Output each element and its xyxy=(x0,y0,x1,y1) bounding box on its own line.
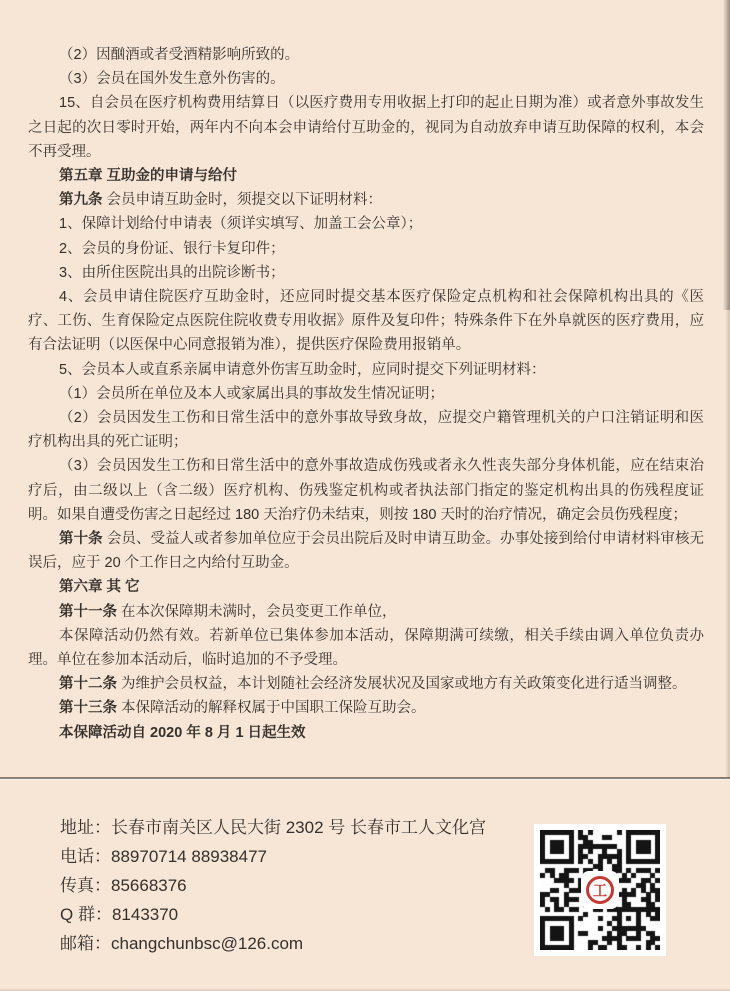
contact-label: 地址： xyxy=(60,813,111,842)
scanned-notice-page: { "page": { "background_color": "#f7e6d6… xyxy=(0,0,730,991)
contact-email: 邮箱：changchunbsc@126.com xyxy=(60,929,486,958)
contact-label: 传真： xyxy=(60,871,111,900)
document-body: （2）因酗酒或者受酒精影响所致的。（3）会员在国外发生意外伤害的。15、自会员在… xyxy=(28,43,704,745)
union-emblem-ring: 工 xyxy=(586,876,614,904)
contact-list: 地址：长春市南关区人民大街 2302 号 长春市工人文化宫 电话：8897071… xyxy=(60,813,486,958)
contact-phone: 电话：88970714 88938477 xyxy=(60,842,486,871)
paragraph: （1）会员所在单位及本人或家属出具的事故发生情况证明； xyxy=(28,382,704,406)
paragraph: 1、保障计划给付申请表（须详实填写、加盖工会公章）； xyxy=(28,212,704,236)
page-edge-shadow-mid xyxy=(725,310,730,778)
paragraph: （2）会员因发生工伤和日常生活中的意外事故导致身故，应提交户籍管理机关的户口注销… xyxy=(28,406,704,454)
section-divider xyxy=(0,777,730,779)
footer: 地址：长春市南关区人民大街 2302 号 长春市工人文化宫 电话：8897071… xyxy=(0,780,730,991)
paragraph: 第六章 其 它 xyxy=(28,575,704,599)
paragraph: 3、由所住医院出具的出院诊断书； xyxy=(28,261,704,285)
paragraph: 4、会员申请住院医疗互助金时，还应同时提交基本医疗保险定点机构和社会保障机构出具… xyxy=(28,285,704,358)
contact-label: 电话： xyxy=(60,842,111,871)
contact-value: 8143370 xyxy=(112,905,178,924)
paragraph: 15、自会员在医疗机构费用结算日（以医疗费用专用收据上打印的起止日期为准）或者意… xyxy=(28,91,704,164)
paragraph: 本保障活动自 2020 年 8 月 1 日起生效 xyxy=(28,721,704,745)
contact-value: changchunbsc@126.com xyxy=(111,934,303,953)
page-edge-shadow-top xyxy=(723,0,730,310)
paragraph: 第十一条 在本次保障期未满时，会员变更工作单位， xyxy=(28,600,704,624)
paragraph: 2、会员的身份证、银行卡复印件； xyxy=(28,237,704,261)
paragraph: （3）会员因发生工伤和日常生活中的意外事故造成伤残或者永久性丧失部分身体机能，应… xyxy=(28,454,704,527)
contact-fax: 传真：85668376 xyxy=(60,871,486,900)
contact-label: 邮箱： xyxy=(60,929,111,958)
contact-label: Q 群： xyxy=(60,900,112,929)
contact-value: 85668376 xyxy=(111,876,187,895)
contact-value: 长春市南关区人民大街 2302 号 长春市工人文化宫 xyxy=(111,818,486,837)
union-emblem-glyph: 工 xyxy=(593,883,607,898)
paragraph: （3）会员在国外发生意外伤害的。 xyxy=(28,67,704,91)
paragraph: 第十二条 为维护会员权益，本计划随社会经济发展状况及国家或地方有关政策变化进行适… xyxy=(28,672,704,696)
paragraph: 第五章 互助金的申请与给付 xyxy=(28,164,704,188)
union-emblem-icon: 工 xyxy=(581,871,619,909)
qr-code: 工 xyxy=(534,824,666,956)
paragraph: 第十条 会员、受益人或者参加单位应于会员出院后及时申请互助金。办事处接到给付申请… xyxy=(28,527,704,575)
contact-address: 地址：长春市南关区人民大街 2302 号 长春市工人文化宫 xyxy=(60,813,486,842)
contact-qq-group: Q 群：8143370 xyxy=(60,900,486,929)
paragraph: 本保障活动仍然有效。若新单位已集体参加本活动，保障期满可续缴，相关手续由调入单位… xyxy=(28,624,704,672)
paragraph: 5、会员本人或直系亲属申请意外伤害互助金时，应同时提交下列证明材料： xyxy=(28,358,704,382)
paragraph: 第十三条 本保障活动的解释权属于中国职工保险互助会。 xyxy=(28,696,704,720)
contact-value: 88970714 88938477 xyxy=(111,847,267,866)
paragraph: 第九条 会员申请互助金时，须提交以下证明材料： xyxy=(28,188,704,212)
paragraph: （2）因酗酒或者受酒精影响所致的。 xyxy=(28,43,704,67)
